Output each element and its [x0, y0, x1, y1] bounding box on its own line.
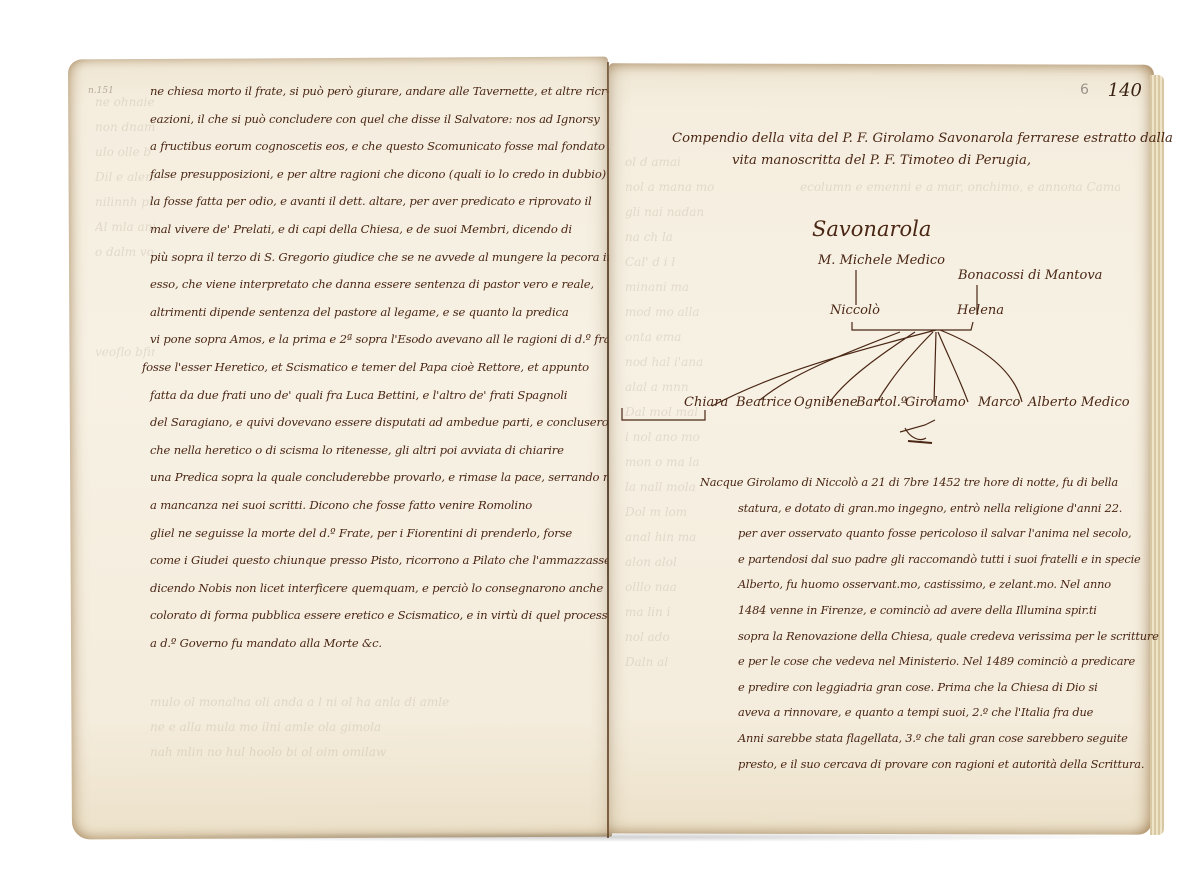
tree-node-mother: Helena: [957, 303, 1004, 318]
text-line: per aver osservato quanto fosse pericolo…: [700, 521, 1140, 547]
text-line: 1484 venne in Firenze, e cominciò ad ave…: [700, 598, 1140, 624]
tree-node-child: Bartol.º: [856, 395, 907, 410]
tree-node-child: Alberto Medico: [1028, 395, 1130, 410]
tree-node-child-highlighted: Girolamo: [905, 395, 966, 410]
tree-node-father: Niccolò: [830, 303, 880, 318]
tree-node-child: Chiara: [684, 395, 728, 410]
text-line: e predire con leggiadria gran cose. Prim…: [700, 675, 1140, 701]
tree-node-grandfather: M. Michele Medico: [818, 253, 945, 268]
tree-node-child: Beatrice: [736, 395, 792, 410]
text-line: presto, e il suo cercava di provare con …: [700, 752, 1140, 778]
tree-node-maternal-family: Bonacossi di Mantova: [958, 268, 1102, 283]
text-line: e partendosi dal suo padre gli raccomand…: [700, 547, 1140, 573]
open-manuscript: ne ohnaie galonon dnamga viulo olle b am…: [0, 0, 1200, 886]
text-line: statura, e dotato di gran.mo ingegno, en…: [700, 496, 1140, 522]
text-line: aveva a rinnovare, e quanto a tempi suoi…: [700, 700, 1140, 726]
tree-node-child: Marco: [978, 395, 1020, 410]
text-line: Anni sarebbe stata flagellata, 3.º che t…: [700, 726, 1140, 752]
right-page-text-body: Nacque Girolamo di Niccolò a 21 di 7bre …: [700, 470, 1140, 777]
text-line: Nacque Girolamo di Niccolò a 21 di 7bre …: [700, 470, 1140, 496]
tree-node-child: Ognibene: [794, 395, 858, 410]
text-line: e per le cose che vedeva nel Ministerio.…: [700, 649, 1140, 675]
text-line: sopra la Renovazione della Chiesa, quale…: [700, 624, 1140, 650]
text-line: Alberto, fu huomo osservant.mo, castissi…: [700, 572, 1140, 598]
